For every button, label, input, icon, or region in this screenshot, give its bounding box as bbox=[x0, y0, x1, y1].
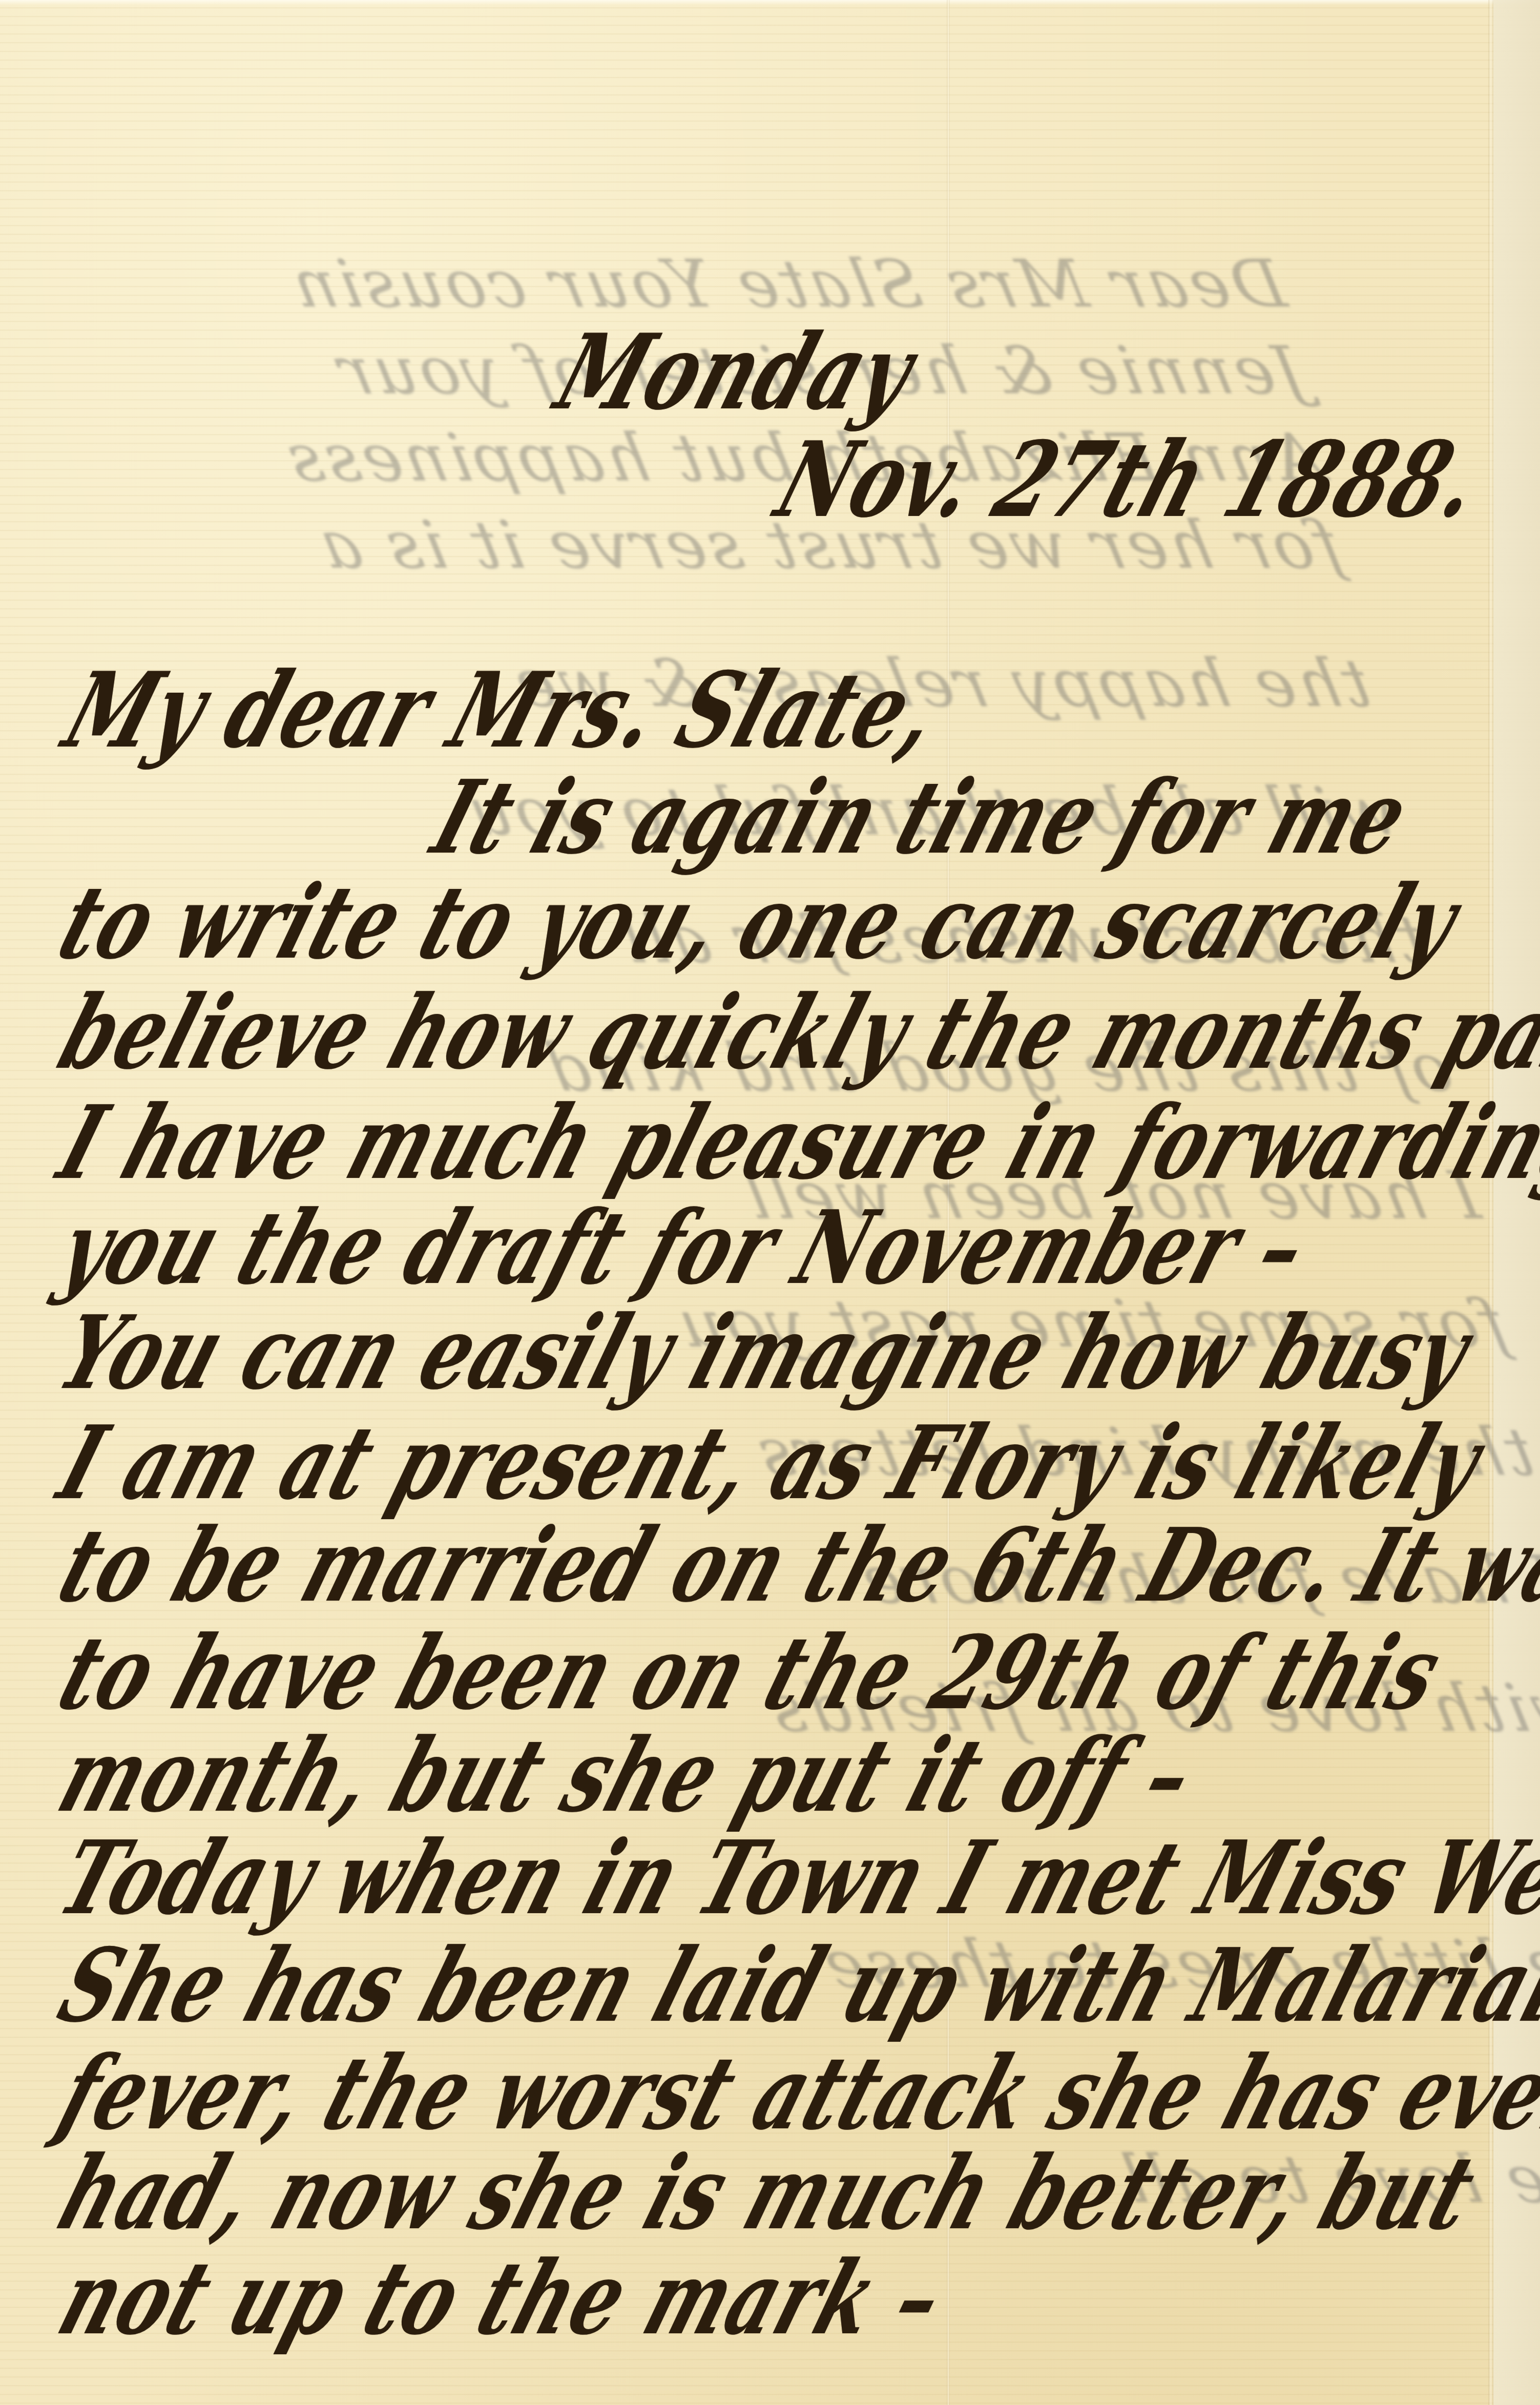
letter-day: Monday bbox=[543, 312, 929, 433]
body-line: you the draft for November – bbox=[46, 1189, 1321, 1307]
body-line: She has been laid up with Malarial bbox=[46, 1926, 1540, 2045]
body-line: to write to you, one can scarcely bbox=[46, 863, 1472, 982]
body-line: month, but she put it off – bbox=[46, 1716, 1208, 1835]
salutation: My dear Mrs. Slate, bbox=[51, 650, 954, 772]
letter-page: Dear Mrs Slate Your cousin Jennie & her … bbox=[0, 0, 1540, 2405]
body-line: I am at present, as Flory is likely bbox=[46, 1404, 1496, 1522]
body-line: to be married on the 6th Dec. It was bbox=[46, 1506, 1540, 1625]
body-line: not up to the mark – bbox=[46, 2239, 958, 2357]
body-line: I have much pleasure in forwarding bbox=[46, 1084, 1540, 1202]
body-line: It is again time for me bbox=[420, 758, 1422, 877]
paper-top-edge bbox=[0, 0, 1540, 5]
bleed-line: Dear Mrs Slate Your cousin bbox=[0, 246, 1293, 322]
body-line: You can easily imagine how busy bbox=[46, 1294, 1484, 1412]
body-line: to have been on the 29th of this bbox=[46, 1614, 1455, 1732]
body-line: had, now she is much better, but bbox=[46, 2134, 1489, 2252]
letter-date: Nov. 27th 1888. bbox=[763, 419, 1496, 541]
body-line: believe how quickly the months pass bbox=[46, 973, 1540, 1092]
body-line: Today when in Town I met Miss Wetherton bbox=[46, 1819, 1540, 1937]
